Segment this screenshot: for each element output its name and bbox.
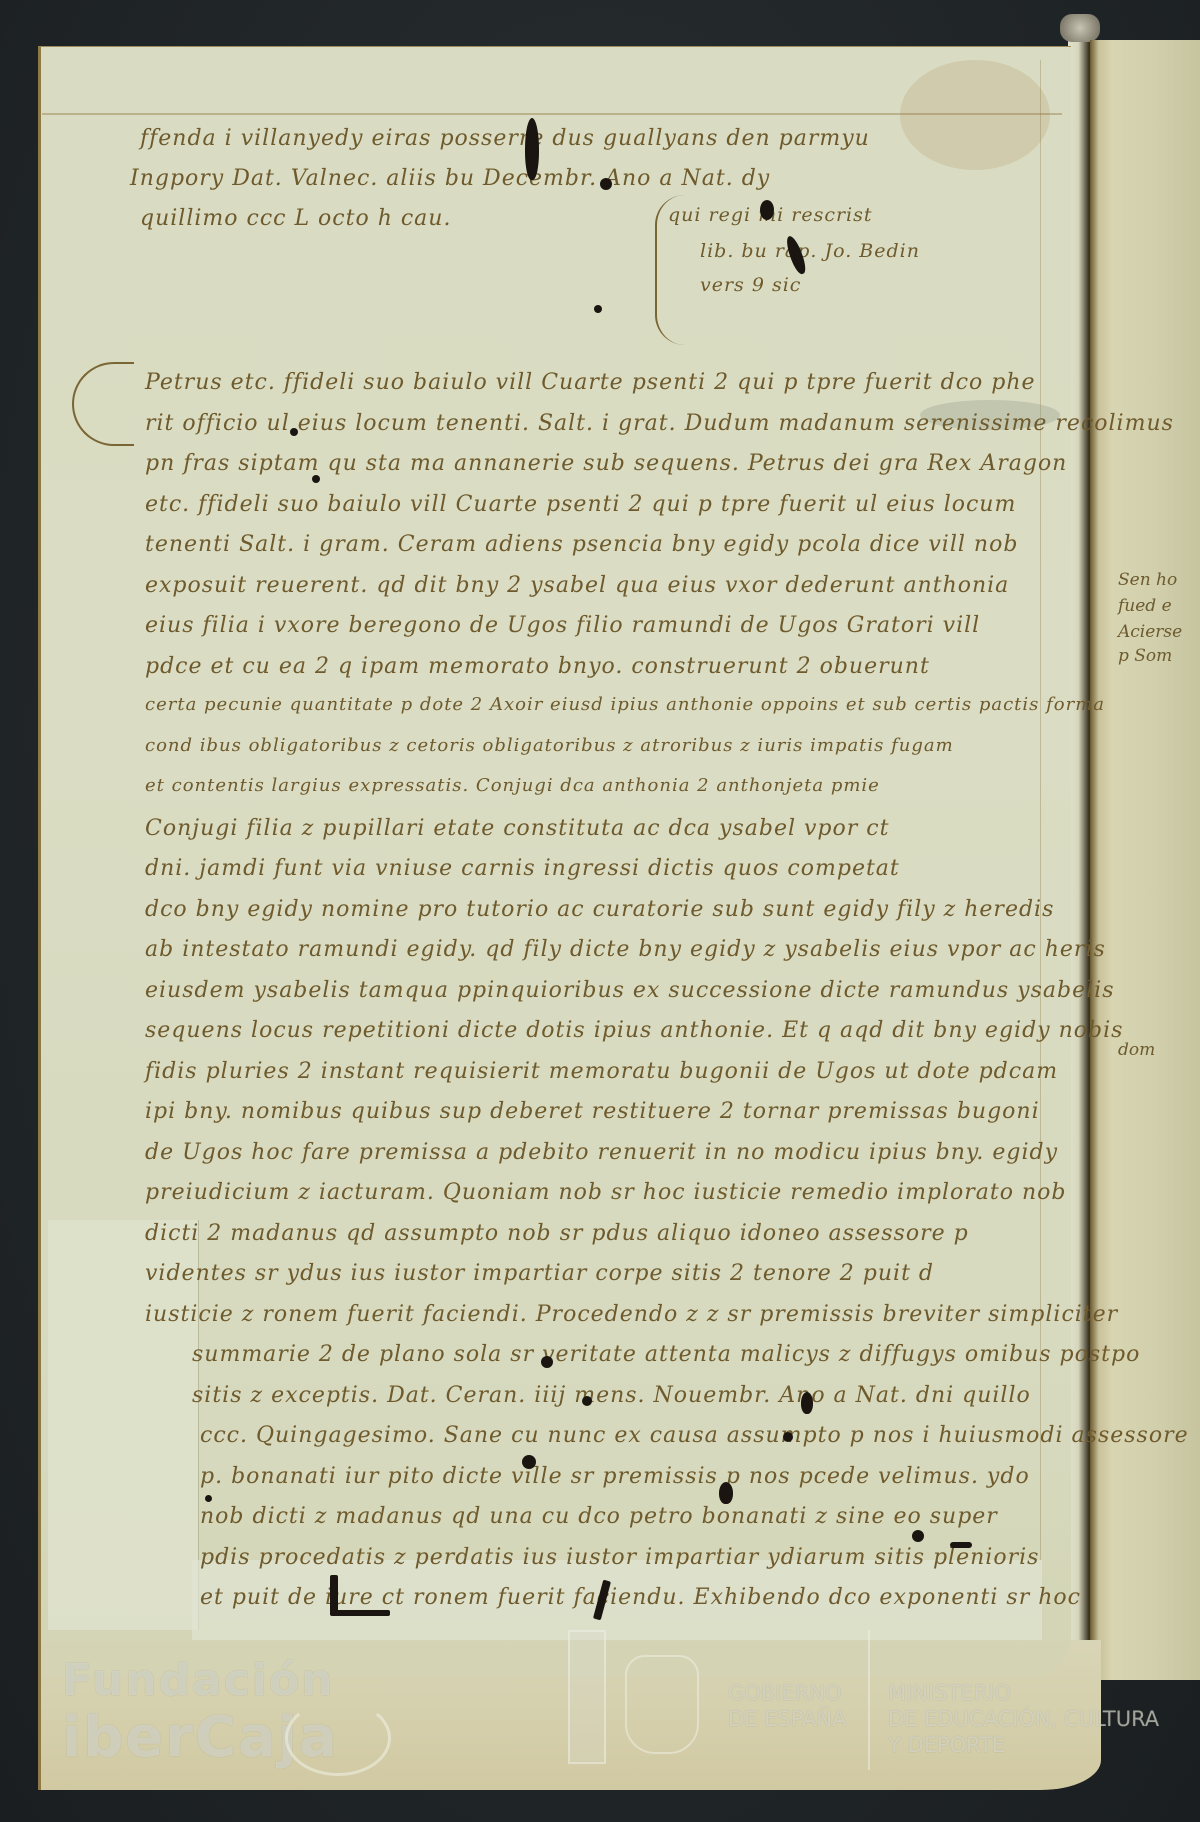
facing-page-fragment: Acierse: [1118, 622, 1182, 642]
marginal-note-line: vers 9 sic: [700, 274, 801, 296]
manuscript-line: videntes sr ydus ius iustor impartiar co…: [145, 1261, 934, 1286]
stain: [900, 60, 1050, 170]
worm-hole: [312, 475, 320, 483]
manuscript-line: ccc. Quingagesimo. Sane cu nunc ex causa…: [200, 1423, 1189, 1448]
worm-hole: [522, 1455, 536, 1469]
manuscript-line: pn fras siptam qu sta ma annanerie sub s…: [145, 451, 1067, 476]
manuscript-line: tenenti Salt. i gram. Ceram adiens psenc…: [145, 532, 1018, 557]
facing-page-fragment: p Som: [1118, 646, 1172, 666]
manuscript-line: summarie 2 de plano sola sr veritate att…: [192, 1342, 1140, 1367]
manuscript-line: rit officio ul eius locum tenenti. Salt.…: [145, 411, 1174, 436]
marginal-note-line: lib. bu rap. Jo. Bedin: [700, 240, 920, 262]
watermark-ministerio: MINISTERIO DE EDUCACIÓN, CULTURA Y DEPOR…: [888, 1680, 1159, 1758]
watermark-divider: [868, 1630, 870, 1770]
manuscript-line: dco bny egidy nomine pro tutorio ac cura…: [145, 897, 1054, 922]
manuscript-line: nob dicti z madanus qd una cu dco petro …: [200, 1504, 998, 1529]
worm-hole: [600, 178, 612, 190]
spanish-coat-of-arms-icon: [625, 1655, 699, 1754]
ink-blot: [525, 118, 539, 180]
manuscript-line: etc. ffideli suo baiulo vill Cuarte psen…: [145, 492, 1016, 517]
watermark-ministerio-line1: MINISTERIO: [888, 1680, 1159, 1706]
manuscript-line: eius filia i vxore beregono de Ugos fili…: [145, 613, 980, 638]
ibercaja-swirl-icon: [285, 1700, 391, 1776]
manuscript-line: dni. jamdi funt via vniuse carnis ingres…: [145, 856, 900, 881]
manuscript-line: dicti 2 madanus qd assumpto nob sr pdus …: [145, 1221, 969, 1246]
manuscript-line: exposuit reuerent. qd dit bny 2 ysabel q…: [145, 573, 1009, 598]
manuscript-line: et contentis largius expressatis. Conjug…: [145, 775, 880, 796]
manuscript-line: pdis procedatis z perdatis ius iustor im…: [200, 1545, 1039, 1570]
worm-hole: [290, 428, 298, 436]
manuscript-line: sequens locus repetitioni dicte dotis ip…: [145, 1018, 1123, 1043]
watermark-fundacion: Fundación: [62, 1655, 334, 1706]
worm-hole: [912, 1530, 924, 1542]
manuscript-line: Conjugi filia z pupillari etate constitu…: [145, 816, 889, 841]
worm-hole: [801, 1392, 813, 1414]
manuscript-line: preiudicium z iacturam. Quoniam nob sr h…: [145, 1180, 1067, 1205]
watermark-ministerio-line3: Y DEPORTE: [888, 1732, 1159, 1758]
manuscript-line: fidis pluries 2 instant requisierit memo…: [145, 1059, 1058, 1084]
ruling-line: [1040, 60, 1041, 1560]
manuscript-line: iusticie z ronem fuerit faciendi. Proced…: [145, 1302, 1118, 1327]
manuscript-line: cond ibus obligatoribus z cetoris obliga…: [145, 735, 954, 756]
worm-hole: [950, 1542, 972, 1548]
manuscript-line: Petrus etc. ffideli suo baiulo vill Cuar…: [145, 370, 1036, 395]
facing-page-fragment: dom: [1118, 1040, 1155, 1060]
manuscript-line: eiusdem ysabelis tamqua ppinquioribus ex…: [145, 978, 1114, 1003]
worm-hole: [783, 1432, 793, 1442]
worm-hole: [719, 1482, 733, 1504]
ink-blot: [330, 1575, 338, 1615]
worm-hole: [541, 1356, 553, 1368]
facing-page-fragment: Sen ho: [1118, 570, 1177, 590]
watermark-gobierno-line1: GOBIERNO: [728, 1680, 846, 1706]
flag-stripe-icon: [568, 1630, 606, 1764]
watermark-gobierno: GOBIERNO DE ESPAÑA: [728, 1680, 846, 1732]
manuscript-line: sitis z exceptis. Dat. Ceran. iiij mens.…: [192, 1383, 1031, 1408]
header-line: Ingpory Dat. Valnec. aliis bu Decembr. A…: [130, 166, 770, 191]
watermark-gobierno-line2: DE ESPAÑA: [728, 1706, 846, 1732]
manuscript-line: pdce et cu ea 2 q ipam memorato bnyo. co…: [145, 654, 930, 679]
worm-hole: [582, 1396, 592, 1406]
ink-blot: [330, 1610, 390, 1616]
manuscript-line: ipi bny. nomibus quibus sup deberet rest…: [145, 1099, 1040, 1124]
worm-hole: [205, 1495, 212, 1502]
worm-hole: [760, 200, 774, 220]
manuscript-line: p. bonanati iur pito dicte ville sr prem…: [200, 1464, 1030, 1489]
worm-hole: [594, 305, 602, 313]
manuscript-line: ab intestato ramundi egidy. qd fily dict…: [145, 937, 1106, 962]
header-line: ffenda i villanyedy eiras posserre dus g…: [140, 126, 870, 151]
binding-clasp: [1060, 14, 1100, 42]
manuscript-line: de Ugos hoc fare premissa a pdebito renu…: [145, 1140, 1058, 1165]
manuscript-line: certa pecunie quantitate p dote 2 Axoir …: [145, 694, 1105, 715]
watermark-ministerio-line2: DE EDUCACIÓN, CULTURA: [888, 1706, 1159, 1732]
header-line: quillimo ccc L octo h cau.: [140, 206, 451, 231]
facing-page-fragment: fued e: [1118, 596, 1172, 616]
